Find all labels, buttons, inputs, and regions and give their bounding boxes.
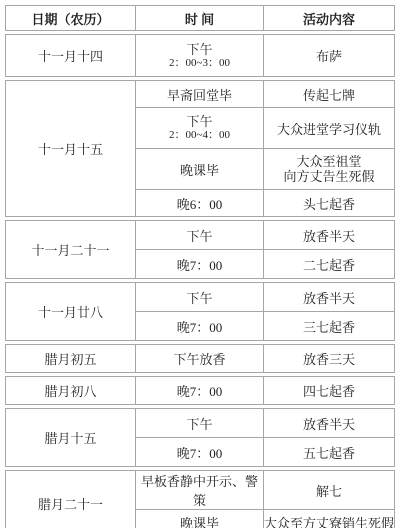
date-cell: 腊月初八 (6, 377, 136, 405)
activity-line: 大众至祖堂 (264, 154, 394, 169)
activity-cell: 放香半天 (264, 409, 395, 438)
date-cell: 腊月二十一 (6, 471, 136, 528)
schedule-group: 十一月十五 早斋回堂毕 传起七牌 下午 2：00~4：00 大众进堂学习仪轨 晚… (5, 80, 395, 217)
time-cell: 晚课毕 (136, 149, 264, 190)
schedule-group: 十一月廿八 下午 放香半天 晚7：00 三七起香 (5, 282, 395, 341)
activity-cell: 头七起香 (264, 190, 395, 217)
date-cell: 十一月二十一 (6, 221, 136, 279)
schedule-group: 腊月十五 下午 放香半天 晚7：00 五七起香 (5, 408, 395, 467)
date-cell: 十一月十五 (6, 81, 136, 217)
activity-line: 向方丈告生死假 (264, 169, 394, 184)
table-row: 十一月廿八 下午 放香半天 (6, 283, 395, 312)
date-cell: 十一月廿八 (6, 283, 136, 341)
time-cell: 下午 (136, 283, 264, 312)
date-cell: 腊月十五 (6, 409, 136, 467)
time-cell: 早板香静中开示、警策 (136, 471, 264, 510)
activity-cell: 放香半天 (264, 221, 395, 250)
schedule-group: 十一月十四 下午 2：00~3：00 布萨 (5, 34, 395, 77)
time-cell: 下午 (136, 409, 264, 438)
time-cell: 晚7：00 (136, 250, 264, 279)
time-line: 2：00~4：00 (136, 129, 263, 142)
date-cell: 腊月初五 (6, 345, 136, 373)
table-row: 腊月初五 下午放香 放香三天 (6, 345, 395, 373)
activity-cell: 传起七牌 (264, 81, 395, 108)
activity-cell: 二七起香 (264, 250, 395, 279)
table-row: 腊月二十一 早板香静中开示、警策 解七 (6, 471, 395, 510)
schedule-header-table: 日期（农历） 时 间 活动内容 (5, 5, 395, 31)
table-row: 腊月十五 下午 放香半天 (6, 409, 395, 438)
schedule-group: 腊月初八 晚7：00 四七起香 (5, 376, 395, 405)
activity-cell: 五七起香 (264, 438, 395, 467)
time-cell: 下午 (136, 221, 264, 250)
time-line: 2：00~3：00 (136, 57, 263, 70)
activity-cell: 布萨 (264, 35, 395, 77)
activity-cell: 大众至方丈寮销生死假 (264, 510, 395, 528)
activity-cell: 大众至祖堂 向方丈告生死假 (264, 149, 395, 190)
time-cell: 晚7：00 (136, 377, 264, 405)
header-date: 日期（农历） (6, 6, 136, 31)
header-time: 时 间 (136, 6, 264, 31)
schedule-group: 十一月二十一 下午 放香半天 晚7：00 二七起香 (5, 220, 395, 279)
schedule-sheet: 日期（农历） 时 间 活动内容 十一月十四 下午 2：00~3：00 布萨 十一… (0, 0, 400, 528)
header-activity: 活动内容 (264, 6, 395, 31)
time-line: 下午 (136, 42, 263, 57)
table-row: 腊月初八 晚7：00 四七起香 (6, 377, 395, 405)
time-cell: 晚7：00 (136, 438, 264, 467)
time-cell: 晚课毕 (136, 510, 264, 528)
activity-cell: 大众进堂学习仪轨 (264, 108, 395, 149)
schedule-group: 腊月初五 下午放香 放香三天 (5, 344, 395, 373)
time-cell: 下午 2：00~3：00 (136, 35, 264, 77)
time-cell: 晚7：00 (136, 312, 264, 341)
activity-cell: 解七 (264, 471, 395, 510)
activity-cell: 四七起香 (264, 377, 395, 405)
schedule-group: 腊月二十一 早板香静中开示、警策 解七 晚课毕 大众至方丈寮销生死假 (5, 470, 395, 528)
time-cell: 下午放香 (136, 345, 264, 373)
time-line: 下午 (136, 114, 263, 129)
table-row: 十一月十四 下午 2：00~3：00 布萨 (6, 35, 395, 77)
activity-cell: 放香半天 (264, 283, 395, 312)
activity-cell: 放香三天 (264, 345, 395, 373)
header-row: 日期（农历） 时 间 活动内容 (6, 6, 395, 31)
time-cell: 晚6：00 (136, 190, 264, 217)
activity-cell: 三七起香 (264, 312, 395, 341)
table-row: 十一月二十一 下午 放香半天 (6, 221, 395, 250)
time-cell: 下午 2：00~4：00 (136, 108, 264, 149)
date-cell: 十一月十四 (6, 35, 136, 77)
time-cell: 早斋回堂毕 (136, 81, 264, 108)
table-row: 十一月十五 早斋回堂毕 传起七牌 (6, 81, 395, 108)
